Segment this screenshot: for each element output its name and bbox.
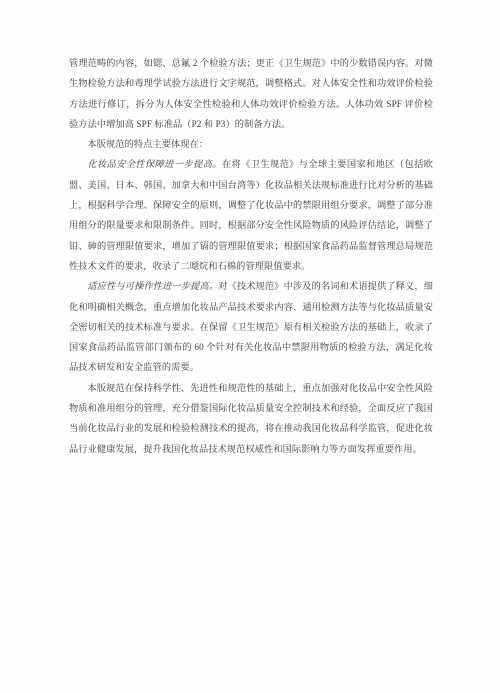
paragraph-text: 本版规范在保持科学性、先进性和规范性的基础上，重点加强对化妆品中安全性风险物质和… bbox=[69, 383, 433, 454]
document-body: 管理范畴的内容，如锶、总氟 2 个检验方法；更正《卫生规范》中的少数错误内容。对… bbox=[69, 53, 433, 459]
paragraph: 本版规范的特点主要体现在： bbox=[69, 134, 433, 154]
paragraph-text: 管理范畴的内容，如锶、总氟 2 个检验方法；更正《卫生规范》中的少数错误内容。对… bbox=[69, 58, 433, 129]
paragraph-text: 在将《卫生规范》与全球主要国家和地区（包括欧盟、美国、日本、韩国、加拿大和中国台… bbox=[69, 159, 433, 270]
paragraph: 管理范畴的内容，如锶、总氟 2 个检验方法；更正《卫生规范》中的少数错误内容。对… bbox=[69, 53, 433, 134]
paragraph-text: 本版规范的特点主要体现在： bbox=[87, 139, 208, 149]
document-page: 管理范畴的内容，如锶、总氟 2 个检验方法；更正《卫生规范》中的少数错误内容。对… bbox=[0, 0, 500, 693]
emphasis-text: 化妆品安全性保障进一步提高。 bbox=[87, 159, 222, 169]
paragraph: 化妆品安全性保障进一步提高。在将《卫生规范》与全球主要国家和地区（包括欧盟、美国… bbox=[69, 154, 433, 276]
emphasis-text: 适应性与可操作性进一步提高。 bbox=[87, 281, 218, 291]
paragraph: 本版规范在保持科学性、先进性和规范性的基础上，重点加强对化妆品中安全性风险物质和… bbox=[69, 378, 433, 459]
paragraph-text: 对《技术规范》中涉及的名词和术语提供了释义，细化和明确相关概念，重点增加化妆品产… bbox=[69, 281, 433, 372]
paragraph: 适应性与可操作性进一步提高。对《技术规范》中涉及的名词和术语提供了释义，细化和明… bbox=[69, 276, 433, 377]
